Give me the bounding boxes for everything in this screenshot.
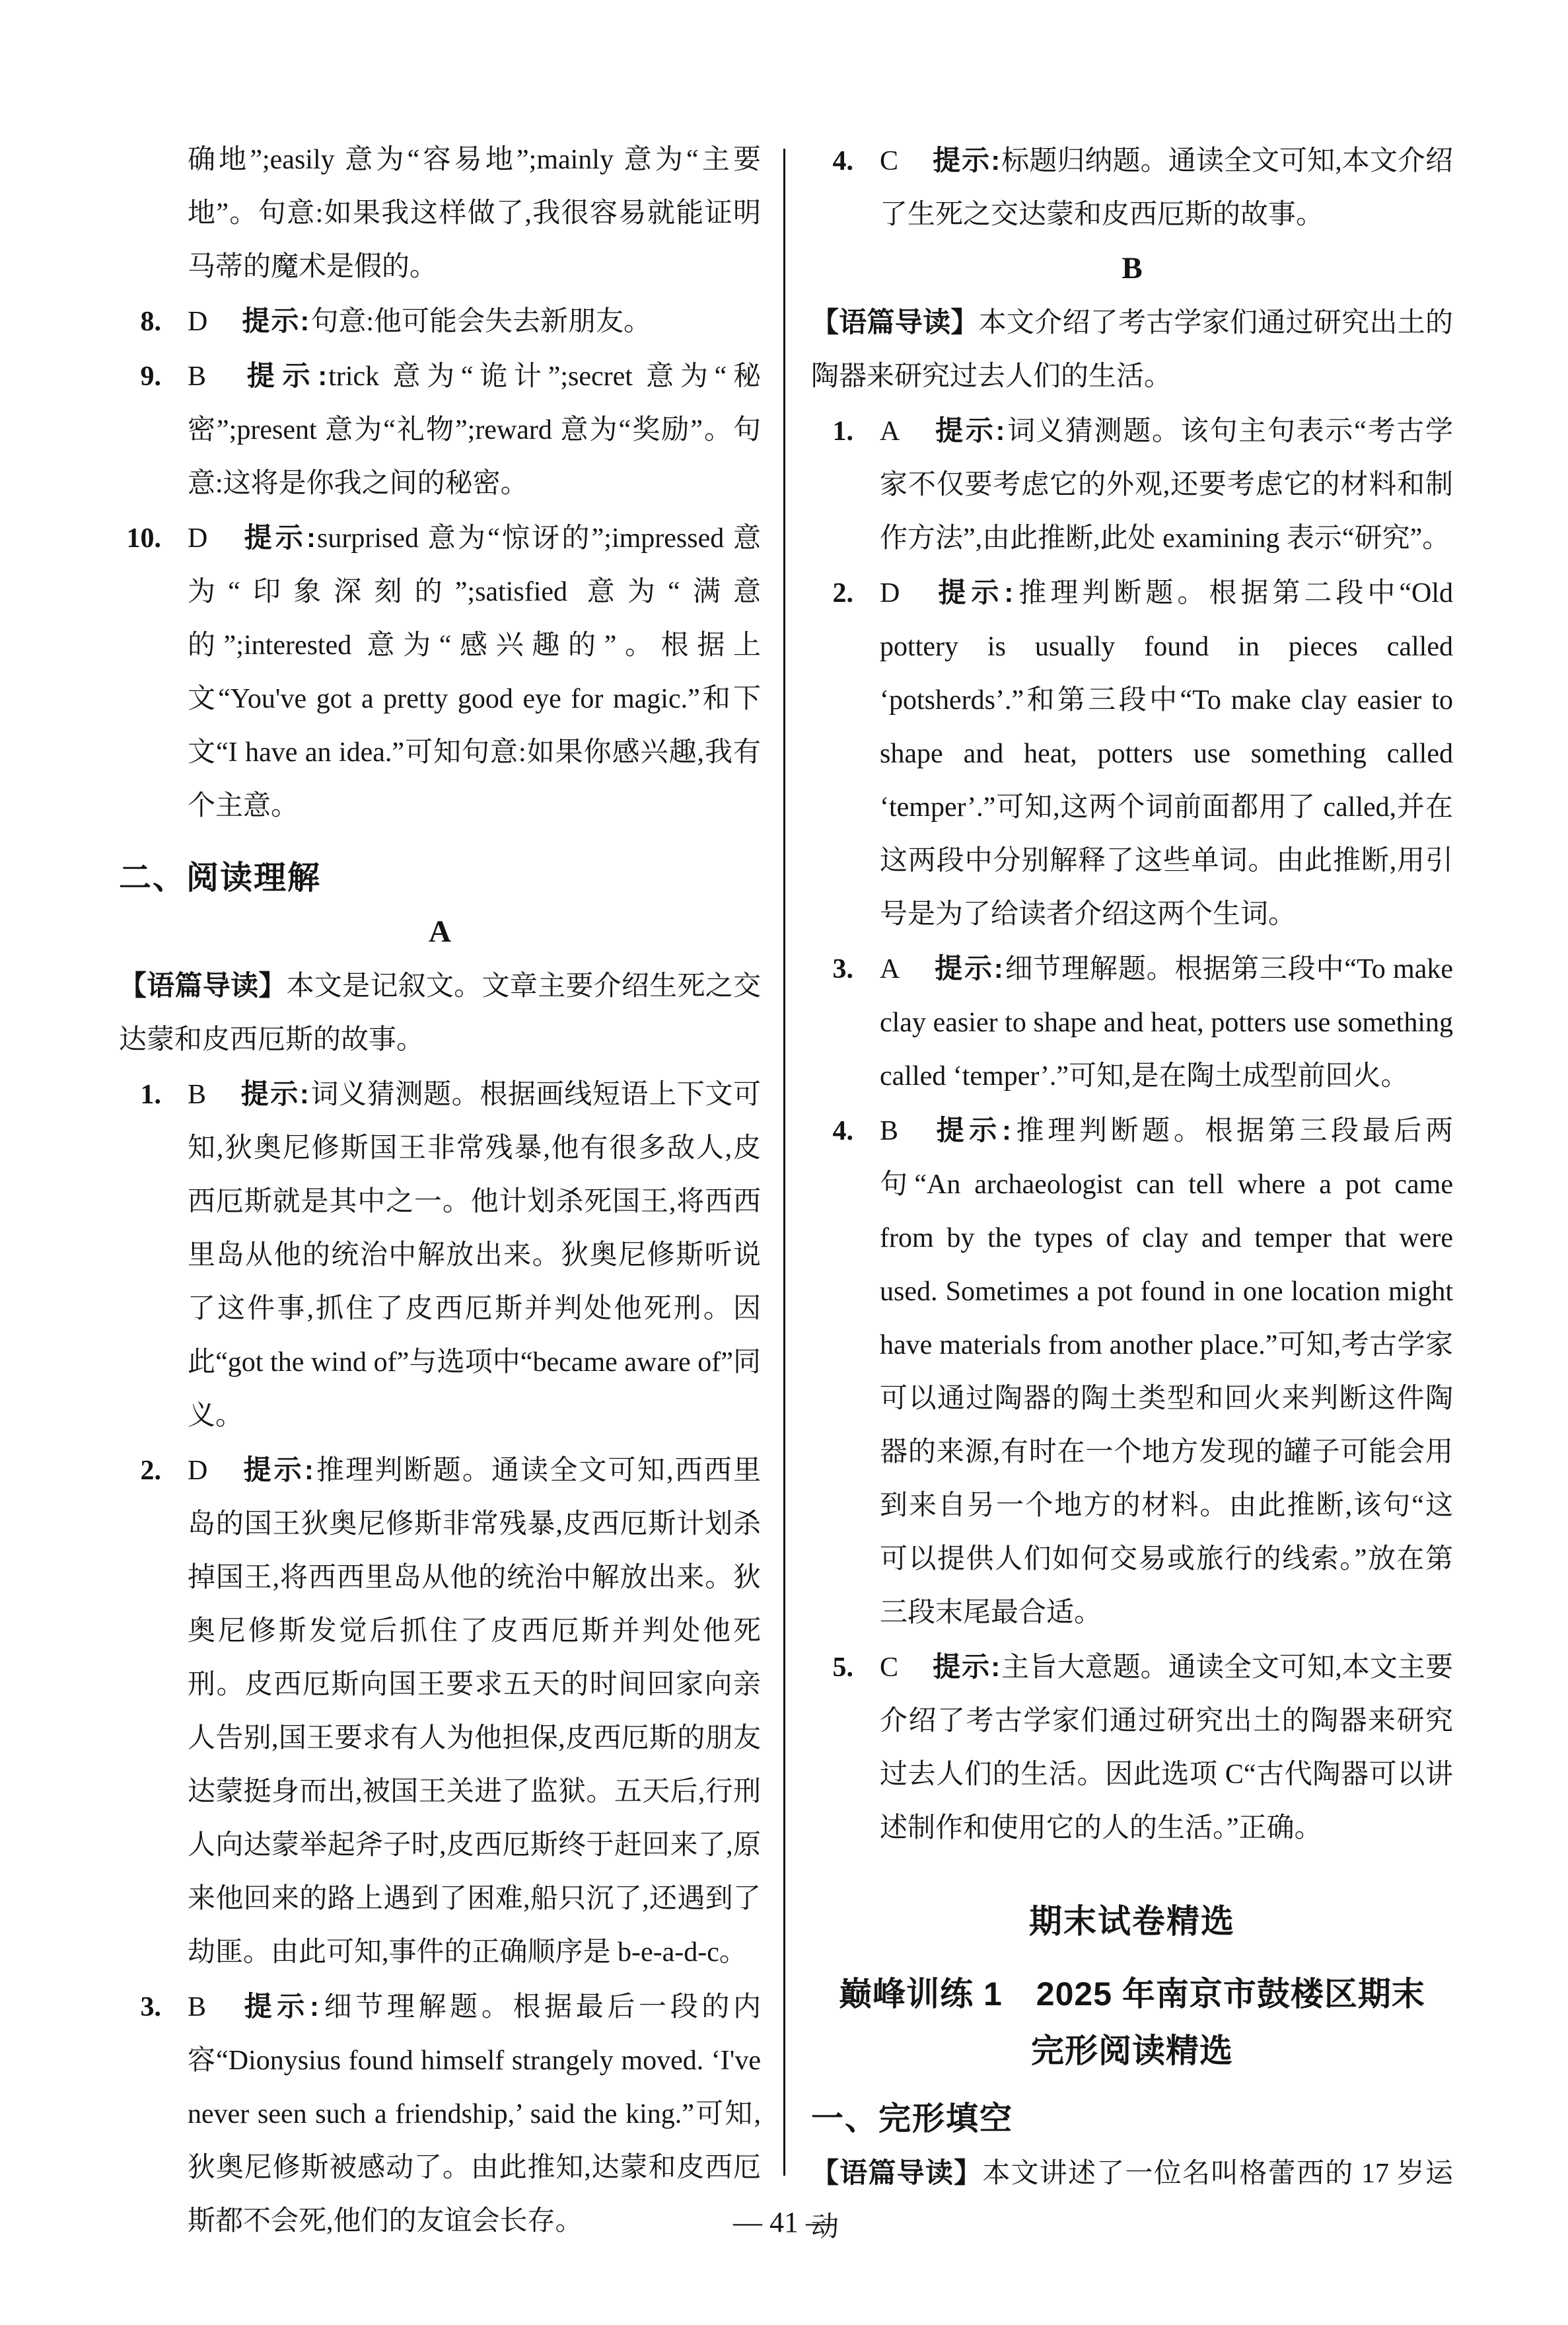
hint-label: 提示:	[934, 577, 1015, 608]
answer-letter: C	[880, 1652, 898, 1683]
hint-label: 提示:	[240, 360, 328, 391]
hint-text: surprised 意为“惊讶的”;impressed 意为“印象深刻的”;sa…	[188, 523, 761, 821]
answer-letter: D	[880, 578, 900, 609]
hint-label: 提示:	[934, 953, 1004, 984]
answer-item-9: 9.B提示:trick 意为“诡计”;secret 意为“秘密”;present…	[188, 349, 761, 511]
guide-label: 【语篇导读】	[119, 970, 287, 1001]
item-number: 4.	[811, 1105, 853, 1158]
answer-letter: D	[188, 523, 207, 554]
workbook-answer-page: 确地”;easily 意为“容易地”;mainly 意为“主要地”。句意:如果我…	[0, 0, 1568, 2325]
answer-letter: B	[880, 1116, 898, 1146]
hint-text: 推理判断题。根据第二段中“Old pottery is usually foun…	[880, 578, 1453, 930]
hint-text: 细节理解题。根据最后一段的内容“Dionysius found himself …	[188, 1992, 761, 2236]
item-number: 9.	[119, 350, 161, 404]
hint-text: 推理判断题。根据第三段最后两句“An archaeologist can tel…	[880, 1116, 1453, 1628]
hint-label: 提示:	[242, 305, 310, 336]
answer-letter: A	[880, 416, 900, 447]
answer-item-10: 10.D提示:surprised 意为“惊讶的”;impressed 意为“印象…	[188, 511, 761, 833]
continued-answer-text: 确地”;easily 意为“容易地”;mainly 意为“主要地”。句意:如果我…	[188, 133, 761, 294]
hint-label: 提示:	[242, 522, 317, 553]
answer-item-8: 8.D提示:句意:他可能会失去新朋友。	[188, 294, 761, 349]
answer-item-b2: 2.D提示:推理判断题。根据第二段中“Old pottery is usuall…	[880, 566, 1453, 941]
answer-letter: A	[880, 954, 900, 984]
hint-label: 提示:	[933, 1651, 1001, 1682]
training-heading-line1: 巅峰训练 1 2025 年南京市鼓楼区期末	[811, 1966, 1453, 2022]
hint-text: 词义猜测题。根据画线短语上下文可知,狄奥尼修斯国王非常残暴,他有很多敌人,皮西厄…	[188, 1080, 761, 1431]
item-number: 8.	[119, 295, 161, 349]
item-number: 4.	[811, 135, 853, 188]
cloze-section-heading: 一、完形填空	[811, 2092, 1453, 2146]
item-number: 3.	[811, 943, 853, 996]
answer-item-b3: 3.A提示:细节理解题。根据第三段中“To make clay easier t…	[880, 941, 1453, 1103]
hint-text: 句意:他可能会失去新朋友。	[310, 307, 651, 337]
hint-label: 提示:	[933, 145, 1001, 176]
hint-label: 提示:	[240, 1991, 320, 2022]
answer-letter: C	[880, 146, 898, 176]
hint-label: 提示:	[240, 1078, 310, 1109]
item-number: 3.	[119, 1981, 161, 2034]
answer-item-a4: 4.C提示:标题归纳题。通读全文可知,本文介绍了生死之交达蒙和皮西厄斯的故事。	[880, 133, 1453, 242]
item-number: 5.	[811, 1641, 853, 1695]
final-exam-section-heading: 期末试卷精选	[811, 1895, 1453, 1948]
item-number: 1.	[119, 1068, 161, 1122]
guide-label: 【语篇导读】	[811, 307, 979, 338]
column-divider-rule	[783, 149, 785, 2176]
hint-label: 提示:	[933, 1115, 1013, 1146]
training-heading-line2: 完形阅读精选	[811, 2022, 1453, 2079]
passage-letter-a: A	[119, 905, 761, 959]
answer-item-b1: 1.A提示:词义猜测题。该句主句表示“考古学家不仅要考虑它的外观,还要考虑它的材…	[880, 404, 1453, 566]
left-column: 确地”;easily 意为“容易地”;mainly 意为“主要地”。句意:如果我…	[119, 133, 761, 2248]
answer-item-a1: 1.B提示:词义猜测题。根据画线短语上下文可知,狄奥尼修斯国王非常残暴,他有很多…	[188, 1067, 761, 1443]
passage-letter-b: B	[811, 242, 1453, 295]
answer-letter: B	[188, 1992, 206, 2022]
passage-guide: 【语篇导读】本文介绍了考古学家们通过研究出土的陶器来研究过去人们的生活。	[811, 295, 1453, 404]
item-number: 2.	[811, 567, 853, 620]
answer-letter: B	[188, 1080, 206, 1110]
answer-item-b4: 4.B提示:推理判断题。根据第三段最后两句“An archaeologist c…	[880, 1103, 1453, 1640]
section-heading-reading: 二、阅读理解	[119, 852, 761, 905]
hint-text: 推理判断题。通读全文可知,西西里岛的国王狄奥尼修斯非常残暴,皮西厄斯计划杀掉国王…	[188, 1456, 761, 1968]
page-number: — 41 —	[0, 2203, 1568, 2242]
answer-letter: D	[188, 1456, 207, 1486]
item-number: 1.	[811, 405, 853, 459]
item-number: 2.	[119, 1444, 161, 1498]
guide-label: 【语篇导读】	[811, 2157, 982, 2188]
right-column: 4.C提示:标题归纳题。通读全文可知,本文介绍了生死之交达蒙和皮西厄斯的故事。 …	[811, 133, 1453, 2254]
answer-letter: D	[188, 307, 207, 337]
answer-item-b5: 5.C提示:主旨大意题。通读全文可知,本文主要介绍了考古学家们通过研究出土的陶器…	[880, 1640, 1453, 1855]
answer-item-a2: 2.D提示:推理判断题。通读全文可知,西西里岛的国王狄奥尼修斯非常残暴,皮西厄斯…	[188, 1443, 761, 1979]
hint-label: 提示:	[934, 415, 1006, 446]
hint-label: 提示:	[242, 1454, 314, 1485]
passage-guide: 【语篇导读】本文是记叙文。文章主要介绍生死之交达蒙和皮西厄斯的故事。	[119, 959, 761, 1067]
answer-letter: B	[188, 361, 206, 392]
item-number: 10.	[119, 512, 161, 566]
